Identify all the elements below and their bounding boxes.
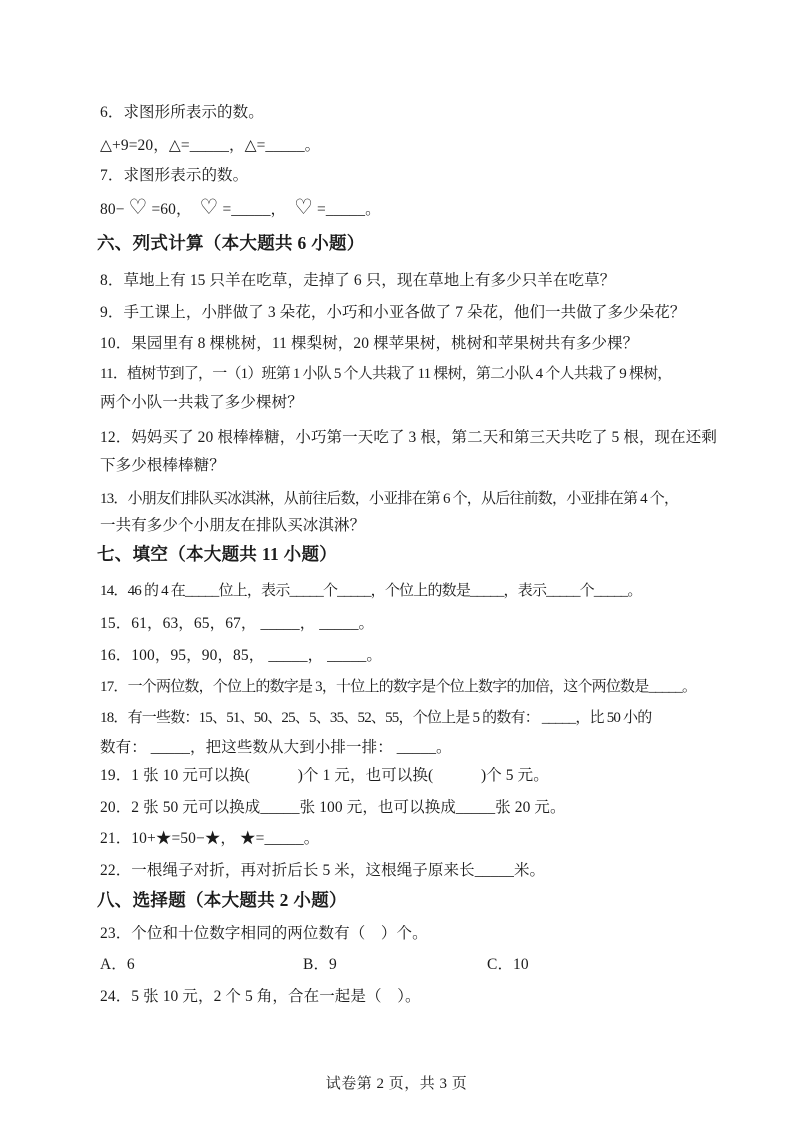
question-21-star-equation: 21．10+★=50−★， ★=_____。: [100, 829, 319, 849]
section-eight-heading: 八、选择题（本大题共 2 小题）: [97, 890, 347, 910]
question-22: 22．一根绳子对折，再对折后长 5 米，这根绳子原来长_____米。: [100, 861, 545, 881]
option-a: A．6: [100, 955, 135, 975]
question-16: 16．100，95，90，85， _____， _____。: [100, 646, 382, 666]
heart-icon: ♡: [129, 195, 148, 219]
question-7: 7．求图形表示的数。: [100, 166, 248, 186]
question-10: 10．果园里有 8 棵桃树，11 棵梨树，20 棵苹果树，桃树和苹果树共有多少棵…: [100, 334, 638, 354]
triangle-equation: △+9=20，△=_____，△=_____。: [100, 136, 320, 156]
heart-icon: ♡: [200, 195, 219, 219]
heart-equation: 80− ♡ =60， ♡ =_____， ♡ =_____。: [100, 197, 381, 220]
question-15: 15．61，63，65，67， _____， _____。: [100, 614, 374, 634]
question-23: 23．个位和十位数字相同的两位数有（ ）个。: [100, 924, 428, 944]
question-19: 19．1 张 10 元可以换( )个 1 元，也可以换( )个 5 元。: [100, 766, 549, 786]
question-12-line1: 12．妈妈买了 20 根棒棒糖，小巧第一天吃了 3 根，第二天和第三天共吃了 5…: [100, 428, 717, 448]
heart-eq-part: =60，: [147, 201, 199, 218]
question-18-line2: 数有： _____，把这些数从大到小排一排： _____。: [100, 738, 452, 758]
question-8: 8．草地上有 15 只羊在吃草，走掉了 6 只，现在草地上有多少只羊在吃草？: [100, 271, 615, 291]
option-c: C．10: [487, 955, 529, 975]
exam-paper-page: 6．求图形所表示的数。 △+9=20，△=_____，△=_____。 7．求图…: [0, 0, 793, 1122]
question-17: 17．一个两位数，个位上的数字是 3，十位上的数字是个位上数字的加倍，这个两位数…: [100, 677, 696, 697]
question-6: 6．求图形所表示的数。: [100, 103, 264, 123]
question-23-options: A．6 B．9 C．10: [100, 955, 660, 975]
heart-eq-part: 80−: [100, 201, 129, 218]
page-footer: 试卷第 2 页，共 3 页: [0, 1074, 793, 1094]
question-11-line2: 两个小队一共栽了多少棵树？: [100, 393, 303, 413]
section-seven-heading: 七、填空（本大题共 11 小题）: [97, 544, 337, 564]
question-12-line2: 下多少根棒棒糖？: [100, 456, 225, 476]
question-18-line1: 18．有一些数：15、51、50、25、5、35、52、55，个位上是 5 的数…: [100, 708, 651, 728]
question-20: 20．2 张 50 元可以换成_____张 100 元，也可以换成_____张 …: [100, 798, 566, 818]
question-13-line2: 一共有多少个小朋友在排队买冰淇淋？: [100, 516, 365, 536]
heart-icon: ♡: [294, 195, 313, 219]
heart-eq-part: =_____。: [313, 201, 381, 218]
heart-eq-part: =_____，: [218, 201, 294, 218]
question-24: 24．5 张 10 元，2 个 5 角，合在一起是（ ）。: [100, 987, 421, 1007]
question-14: 14．46 的 4 在_____位上，表示_____个_____，个位上的数是_…: [100, 581, 642, 601]
section-six-heading: 六、列式计算（本大题共 6 小题）: [97, 233, 365, 253]
question-9: 9．手工课上，小胖做了 3 朵花，小巧和小亚各做了 7 朵花，他们一共做了多少朵…: [100, 303, 685, 323]
question-11-line1: 11．植树节到了，一（1）班第 1 小队 5 个人共栽了 11 棵树，第二小队 …: [100, 364, 672, 384]
question-13-line1: 13．小朋友们排队买冰淇淋，从前往后数，小亚排在第 6 个，从后往前数，小亚排在…: [100, 489, 678, 509]
option-b: B．9: [303, 955, 337, 975]
